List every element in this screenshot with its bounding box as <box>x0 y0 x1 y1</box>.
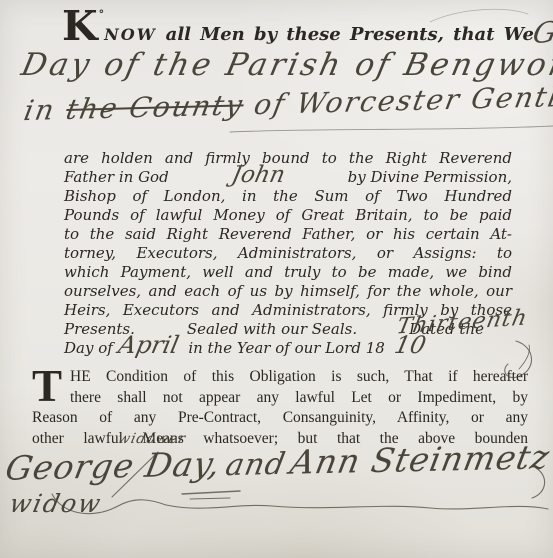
bond-line2-pre: Father in God <box>64 168 169 187</box>
condition-line: there shall not appear any lawful Let or… <box>70 388 528 409</box>
handwritten-groom-status: widower <box>116 431 187 447</box>
county-prefix: in <box>21 93 58 127</box>
pen-dash-lower <box>190 498 230 499</box>
bond-line: which Payment, well and truly to be made… <box>64 263 512 282</box>
county-struck-text: the County <box>63 88 246 126</box>
bond-line11-pre: Day of <box>64 339 113 358</box>
bond-date-line: Day of April in the Year of our Lord 18 … <box>64 339 512 358</box>
bond-line: to the said Right Reverend Father, or hi… <box>64 225 512 244</box>
county-suffix: of Worcester Gentleman <box>252 78 553 121</box>
condition-paragraph: T HE Condition of this Obligation is suc… <box>32 367 528 449</box>
condition-line: HE Condition of this Obligation is such,… <box>70 367 528 388</box>
pen-dash-upper <box>182 491 240 494</box>
bond-line10-mid: Sealed with our Seals. <box>187 320 357 339</box>
bond-line: are holden and firmly bound to the Right… <box>64 149 512 168</box>
bond-line2-post: by Divine Permission, <box>348 168 512 187</box>
pen-rule-under-county <box>230 126 553 132</box>
handwritten-bride-name: Ann Steinmetz <box>288 437 553 482</box>
bond-line: Pounds of lawful Money of Great Britain,… <box>64 206 512 225</box>
marriage-bond-document: K° NOW all Men by these Presents, that W… <box>0 0 553 558</box>
opening-printed-text: all Men by these Presents, that We <box>166 24 534 45</box>
bond-line: ourselves, and each of us by himself, fo… <box>64 282 512 301</box>
handwritten-bride-status: widow <box>7 489 105 518</box>
handwritten-groom-first-name: George <box>530 10 553 50</box>
bond-line11-mid: in the Year of our Lord 18 <box>188 339 385 358</box>
handwritten-parish-line: Day of the Parish of Bengworth <box>18 47 553 83</box>
dropcap-t: T <box>32 368 62 405</box>
handwritten-conjunction: and <box>223 447 289 483</box>
pen-stroke-hereafter <box>519 345 529 369</box>
dropcap-ornament: ° <box>99 8 105 21</box>
pen-flourish-underline <box>52 494 548 514</box>
bond-line: Bishop of London, in the Sum of Two Hund… <box>64 187 512 206</box>
opening-line: K° NOW all Men by these Presents, that W… <box>62 10 550 47</box>
condition-line: Reason of any Pre-Contract, Consanguinit… <box>32 408 528 429</box>
handwritten-county-line: in the County of Worcester Gentleman <box>21 78 553 127</box>
handwritten-groom-name: George Day, <box>2 444 224 488</box>
bond-line: torney, Executors, Administrators, or As… <box>64 244 512 263</box>
dropcap-k: K° <box>62 10 104 43</box>
opening-smallcaps: NOW <box>104 25 157 44</box>
bond-line-with-bishop-name: Father in God John by Divine Permission, <box>64 168 512 187</box>
